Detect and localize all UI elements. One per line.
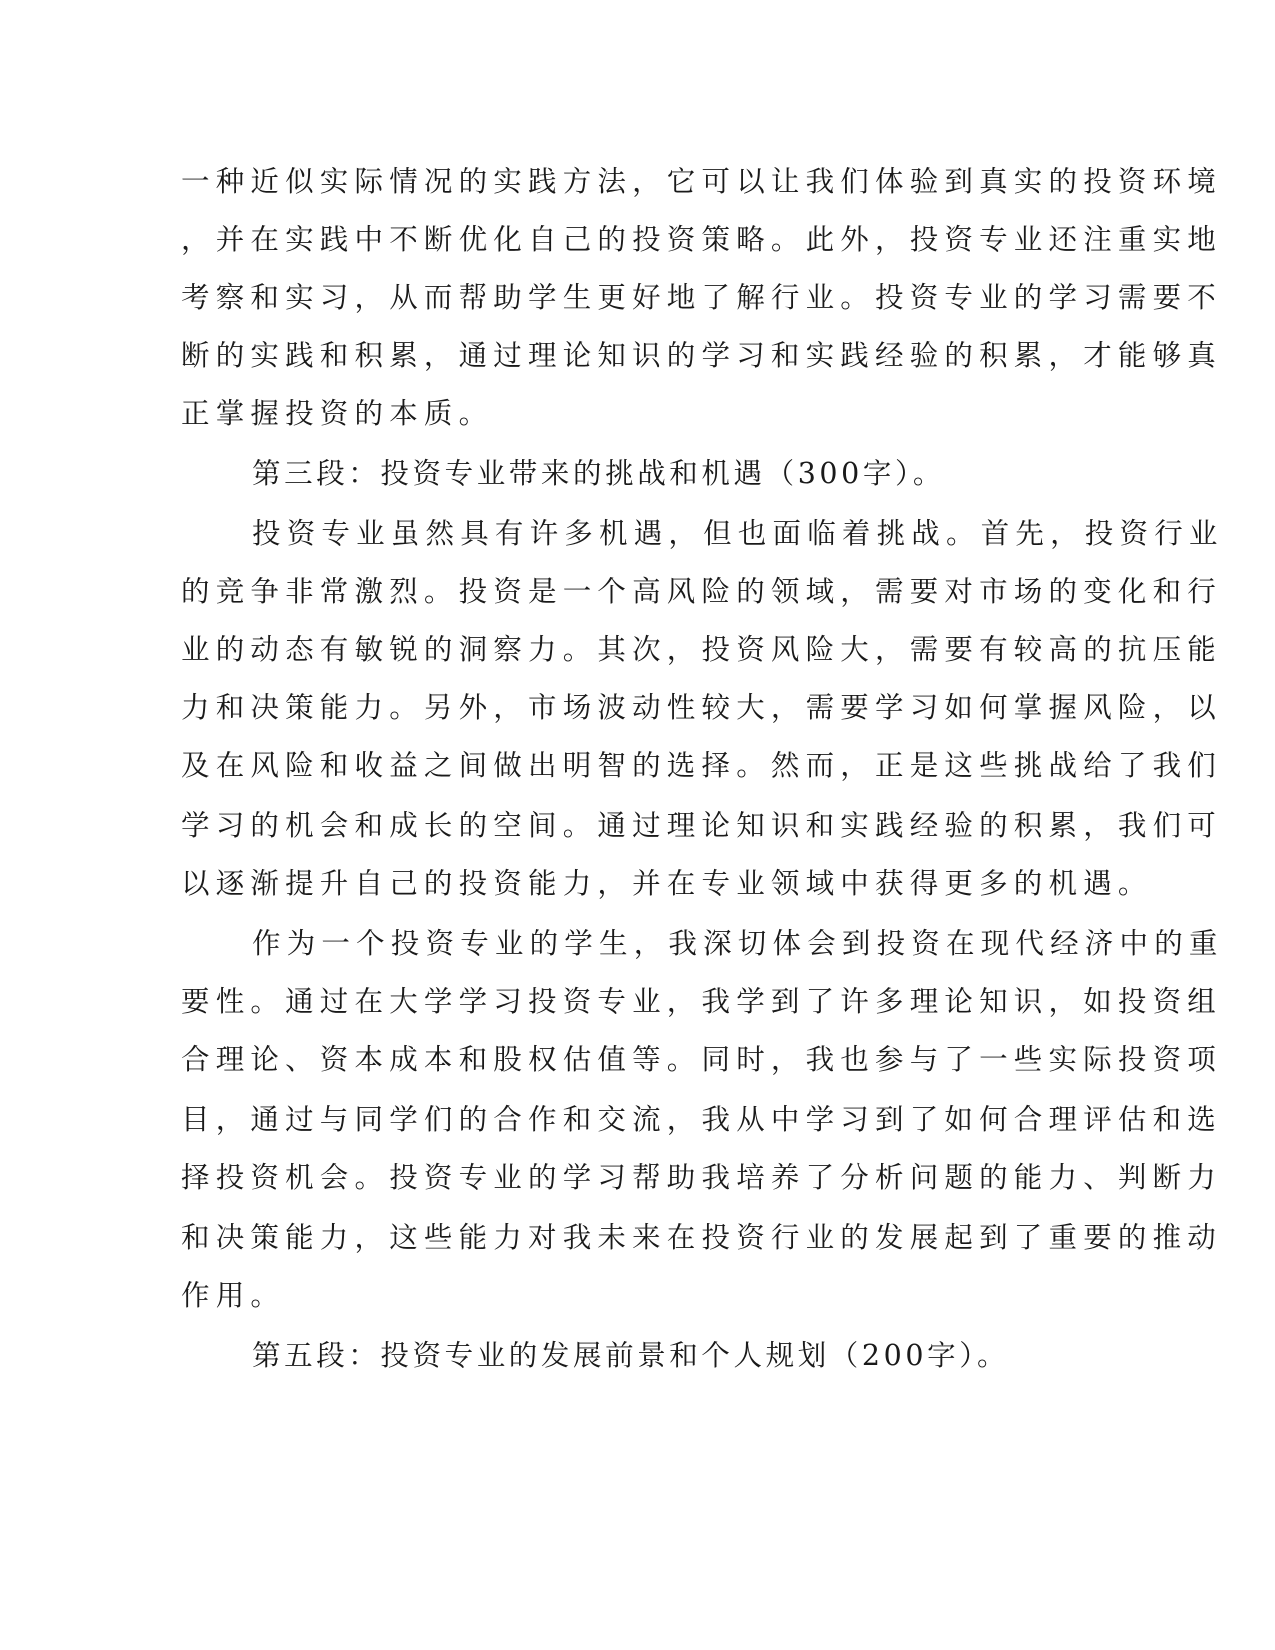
text-line: 要性。通过在大学学习投资专业，我学到了许多理论知识，如投资组 [181, 982, 1041, 1022]
text-line: ，并在实践中不断优化自己的投资策略。此外，投资专业还注重实地 [181, 220, 1041, 260]
text-line: 作为一个投资专业的学生，我深切体会到投资在现代经济中的重 [252, 924, 1112, 964]
text-line: 择投资机会。投资专业的学习帮助我培养了分析问题的能力、判断力 [181, 1158, 1041, 1198]
section-heading-3: 第三段：投资专业带来的挑战和机遇（300字）。 [252, 454, 1112, 494]
text-line: 力和决策能力。另外，市场波动性较大，需要学习如何掌握风险，以 [181, 688, 1041, 728]
text-line: 正掌握投资的本质。 [181, 394, 1041, 434]
text-line: 业的动态有敏锐的洞察力。其次，投资风险大，需要有较高的抗压能 [181, 630, 1041, 670]
text-line: 目，通过与同学们的合作和交流，我从中学习到了如何合理评估和选 [181, 1100, 1041, 1140]
text-line: 考察和实习，从而帮助学生更好地了解行业。投资专业的学习需要不 [181, 278, 1041, 318]
text-line: 及在风险和收益之间做出明智的选择。然而，正是这些挑战给了我们 [181, 746, 1041, 786]
text-line: 一种近似实际情况的实践方法，它可以让我们体验到真实的投资环境 [181, 162, 1041, 202]
text-line: 断的实践和积累，通过理论知识的学习和实践经验的积累，才能够真 [181, 336, 1041, 376]
text-line: 作用。 [181, 1276, 1041, 1316]
document-page: 一种近似实际情况的实践方法，它可以让我们体验到真实的投资环境 ，并在实践中不断优… [0, 0, 1275, 1650]
text-line: 以逐渐提升自己的投资能力，并在专业领域中获得更多的机遇。 [181, 864, 1041, 904]
text-line: 合理论、资本成本和股权估值等。同时，我也参与了一些实际投资项 [181, 1040, 1041, 1080]
text-line: 和决策能力，这些能力对我未来在投资行业的发展起到了重要的推动 [181, 1218, 1041, 1258]
section-heading-5: 第五段：投资专业的发展前景和个人规划（200字）。 [252, 1336, 1112, 1376]
text-line: 学习的机会和成长的空间。通过理论知识和实践经验的积累，我们可 [181, 806, 1041, 846]
text-line: 的竞争非常激烈。投资是一个高风险的领域，需要对市场的变化和行 [181, 572, 1041, 612]
text-line: 投资专业虽然具有许多机遇，但也面临着挑战。首先，投资行业 [252, 514, 1112, 554]
